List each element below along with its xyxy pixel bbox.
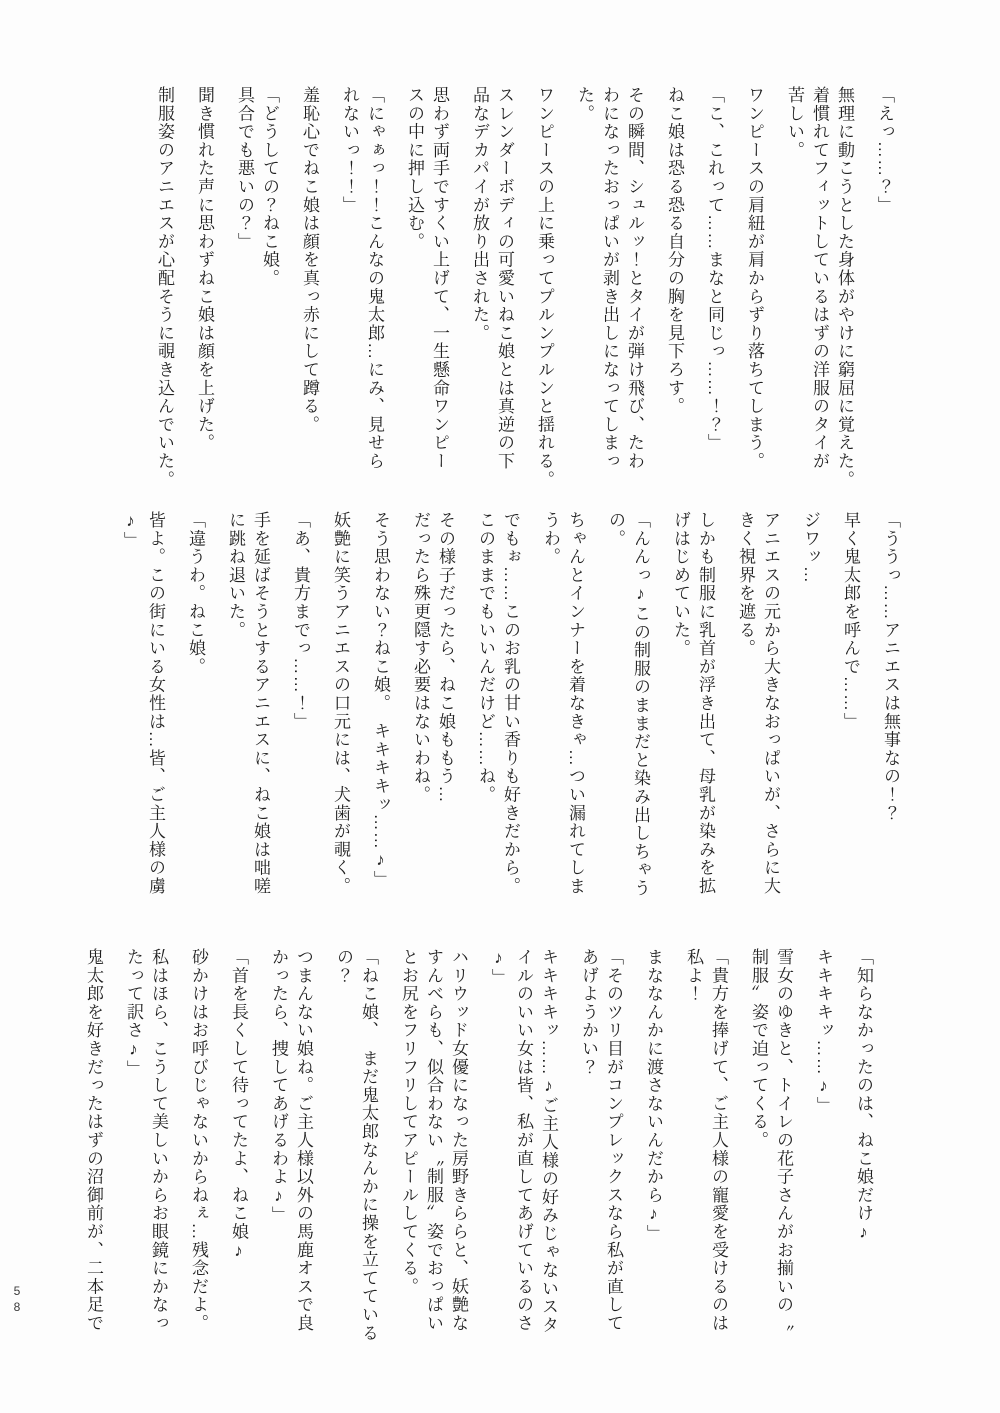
vertical-paragraph: 雪女のゆきと、トイレの花子さんがお揃いの〝 制服〟姿で迫ってくる。 [746,948,796,1354]
vertical-paragraph: まななんかに渡さないんだから♪」 [641,948,666,1354]
vertical-paragraph: アニエスの元から大きなおっぱいが、さらに大 きく視界を遮る。 [733,511,783,917]
vertical-paragraph: そう思わない？ねこ娘。 キキキキッ……♪」 [368,511,393,917]
vertical-paragraph: でもぉ……このお乳の甘い香りも好きだから。 このままでもいいんだけど……ね。 [473,511,523,917]
vertical-paragraph: 手を延ばそうとするアニエスに、ねこ娘は咄嗟 に跳ね退いた。 [223,511,273,917]
vertical-paragraph: 「にゃぁっ！！こんなの鬼太郎…にみ、見せら れないっ！！」 [337,86,387,492]
page-number: 58 [10,1284,24,1316]
vertical-paragraph: 鬼太郎を好きだったはずの沼御前が、二本足で [81,948,106,1354]
vertical-paragraph: ワンピースの肩紐が肩からずり落ちてしまう。 [742,86,767,492]
vertical-paragraph: ワンピースの上に乗ってプルンプルンと揺れる。 [532,86,557,492]
vertical-paragraph: 「ねこ娘、 まだ鬼太郎なんかに操を立てている の？ [331,948,381,1354]
vertical-paragraph: ちゃんとインナーを着なきゃ…つい漏れてしま うわ。 [538,511,588,917]
vertical-paragraph: 「こ、これって……まなと同じっ……！？」 [702,86,727,492]
vertical-paragraph: キキキキッ……♪」 [811,948,836,1354]
vertical-paragraph: ジワッ… [798,511,823,917]
vertical-paragraph: ねこ娘は恐る恐る自分の胸を見下ろす。 [662,86,687,492]
vertical-paragraph: 砂かけはお呼びじゃないからねぇ…残念だよ。 [186,948,211,1354]
text-band-middle: 「ううっ……アニエスは無事なの！？早く鬼太郎を呼んで……」ジワッ…アニエスの元か… [103,511,903,917]
vertical-paragraph: 「貴方を捧げて、ご主人様の寵愛を受けるのは 私よ！ [681,948,731,1354]
vertical-paragraph: 無理に動こうとした身体がやけに窮屈に覚えた。 着慣れてフィットしているはずの洋服… [782,86,857,492]
vertical-paragraph: 早く鬼太郎を呼んで……」 [838,511,863,917]
vertical-paragraph: その瞬間、シュルッ！とタイが弾け飛び、たわ わになったおっぱいが剥き出しになって… [572,86,647,492]
vertical-paragraph: 制服姿のアニエスが心配そうに覗き込んでいた。 [152,86,177,492]
vertical-paragraph: キキキキッ……♪ご主人様の好みじゃないスタ イルのいい女は皆、私が直してあげてい… [486,948,561,1354]
vertical-paragraph: 聞き慣れた声に思わずねこ娘は顔を上げた。 [192,86,217,492]
text-band-top: 「えっ……？」無理に動こうとした身体がやけに窮屈に覚えた。 着慣れてフィットして… [137,86,897,492]
vertical-paragraph: 皆よ。この街にいる女性は…皆、ご主人様の虜 ♪」 [118,511,168,917]
vertical-paragraph: つまんない娘ね。ご主人様以外の馬鹿オスで良 かったら、捜してあげるわよ♪」 [266,948,316,1354]
vertical-paragraph: 「あ、貴方までっ……！」 [288,511,313,917]
vertical-paragraph: しかも制服に乳首が浮き出て、母乳が染みを拡 げはじめていた。 [668,511,718,917]
vertical-paragraph: 「違うわ。ねこ娘。 [183,511,208,917]
vertical-paragraph: 「んんっ♪この制服のままだと染み出しちゃう の。 [603,511,653,917]
vertical-paragraph: 妖艶に笑うアニエスの口元には、犬歯が覗く。 [328,511,353,917]
text-band-bottom: 「知らなかったのは、ねこ娘だけ♪キキキキッ……♪」雪女のゆきと、トイレの花子さん… [66,948,876,1354]
vertical-paragraph: その様子だったら、ねこ娘ももう… だったら殊更隠す必要はないわね。 [408,511,458,917]
vertical-paragraph: 「そのツリ目がコンプレックスなら私が直して あげようかい？ [576,948,626,1354]
vertical-paragraph: ハリウッド女優になった房野きららと、妖艶な すんべらも、似合わない〝制服〟姿でお… [396,948,471,1354]
vertical-paragraph: 「ううっ……アニエスは無事なの！？ [878,511,903,917]
vertical-paragraph: 思わず両手ですくい上げて、一生懸命ワンピー スの中に押し込む。 [402,86,452,492]
vertical-paragraph: 「えっ……？」 [872,86,897,492]
vertical-paragraph: 羞恥心でねこ娘は顔を真っ赤にして蹲る。 [297,86,322,492]
vertical-paragraph: 「どうしての？ねこ娘。 具合でも悪いの？」 [232,86,282,492]
vertical-paragraph: 「首を長くして待ってたよ、ねこ娘♪ [226,948,251,1354]
vertical-paragraph: 「知らなかったのは、ねこ娘だけ♪ [851,948,876,1354]
vertical-paragraph: スレンダーボディの可愛いねこ娘とは真逆の下 品なデカパイが放り出された。 [467,86,517,492]
novel-scan-page: 「えっ……？」無理に動こうとした身体がやけに窮屈に覚えた。 着慣れてフィットして… [0,0,1000,1413]
vertical-paragraph: 私はほら、こうして美しいからお眼鏡にかなっ たって訳さ♪」 [121,948,171,1354]
